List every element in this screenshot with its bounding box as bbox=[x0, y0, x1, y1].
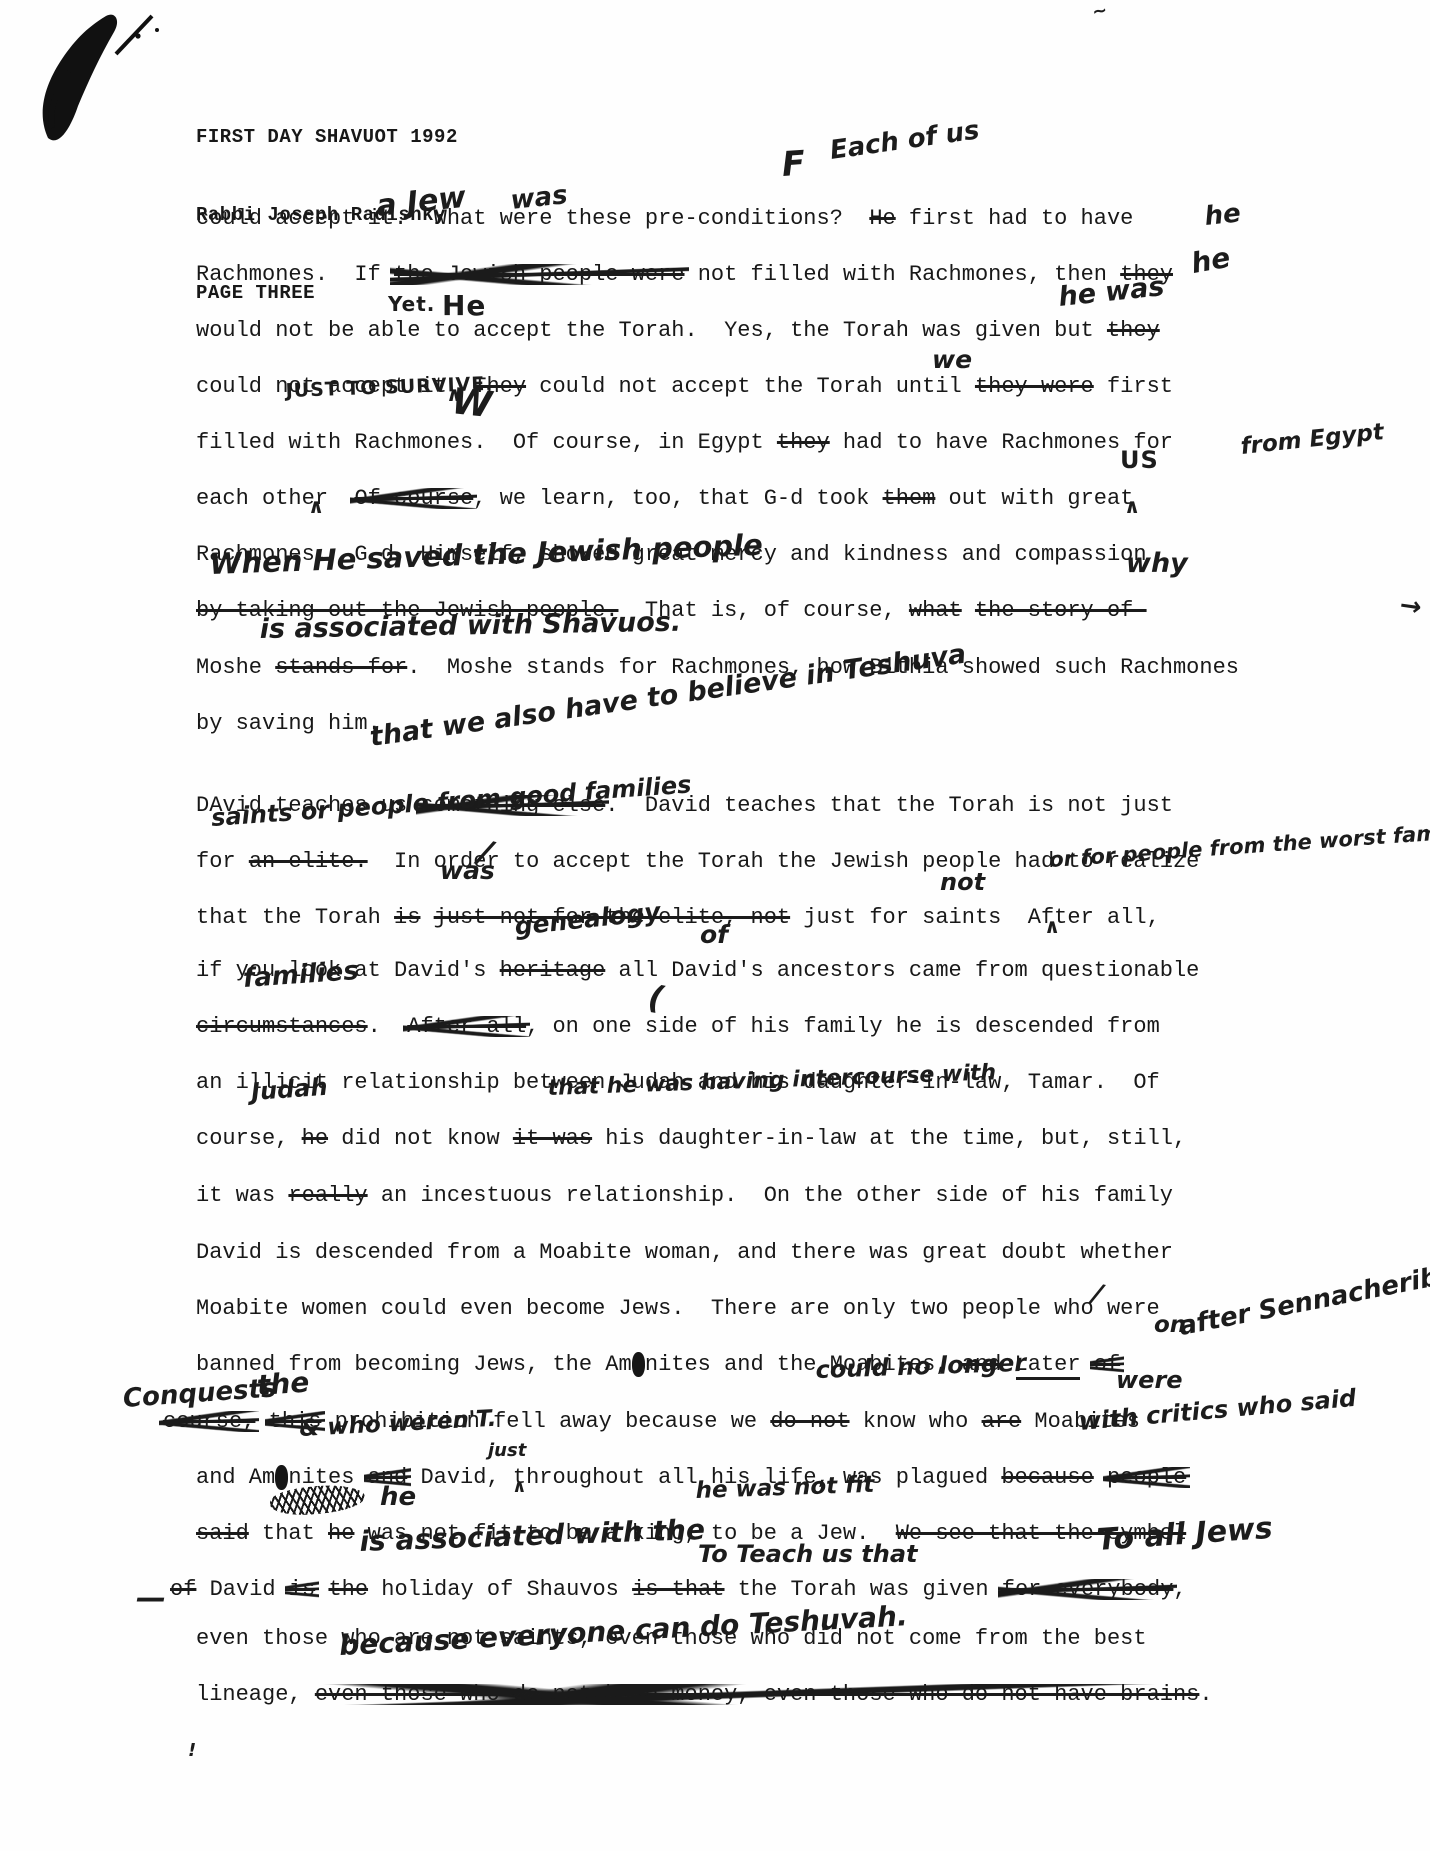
typed-segment: did not know bbox=[328, 1126, 513, 1151]
typed-segment: just for saints bbox=[790, 905, 1001, 930]
typed-segment: holiday of Shauvos bbox=[368, 1577, 632, 1602]
typed-edited-segment: even those who do not have money, even t… bbox=[315, 1682, 1200, 1707]
typed-edited-segment: do not bbox=[770, 1409, 849, 1434]
hw-not: not bbox=[940, 870, 985, 894]
typed-segment bbox=[962, 598, 975, 623]
hw-each-of-us: Each of us bbox=[828, 117, 981, 164]
hw-o-loop: ( bbox=[646, 980, 666, 1014]
typed-line: of David is the holiday of Shauvos is th… bbox=[170, 1577, 1187, 1603]
typed-edited-segment: is bbox=[394, 905, 420, 930]
typed-edited-segment: it was bbox=[513, 1126, 592, 1151]
hw-was-2: was bbox=[440, 858, 495, 883]
typed-line: could accept it. What were these pre-con… bbox=[196, 206, 1133, 232]
hw-caret-1: ∧ bbox=[446, 384, 463, 404]
typed-edited-segment: people bbox=[1107, 1465, 1186, 1490]
typed-segment: his daughter-in-law at the time, but, st… bbox=[592, 1126, 1186, 1151]
hw-caret-4: ∧ bbox=[1044, 916, 1061, 936]
typed-segment: Moshe bbox=[196, 655, 275, 680]
typed-edited-segment: circumstances bbox=[196, 1014, 368, 1039]
hw-conquests: Conquests bbox=[122, 1375, 277, 1412]
typed-segment: . bbox=[368, 1014, 408, 1039]
typed-edited-segment: what bbox=[909, 598, 962, 623]
typed-edited-segment: He bbox=[869, 206, 895, 231]
hw-capital-f: F bbox=[781, 146, 807, 182]
typed-segment: filled with Rachmones. Of course, in Egy… bbox=[196, 430, 777, 455]
hw-he-2: he bbox=[1189, 244, 1232, 278]
typed-edited-segment: them bbox=[883, 486, 936, 511]
typed-line: filled with Rachmones. Of course, in Egy… bbox=[196, 430, 1173, 456]
typed-segment: that the Torah bbox=[196, 905, 394, 930]
typed-line: by saving him. bbox=[196, 711, 381, 737]
typed-segment: by saving him. bbox=[196, 711, 381, 736]
typed-segment bbox=[420, 905, 433, 930]
hw-stray-mark: ! bbox=[188, 1742, 196, 1760]
typed-edited-segment: for everybody bbox=[1002, 1577, 1174, 1602]
typed-segment: could not accept the Torah until bbox=[526, 374, 975, 399]
typed-segment: the Torah was given bbox=[725, 1577, 1002, 1602]
typed-line: Moabite women could even become Jews. Th… bbox=[196, 1296, 1160, 1322]
typed-line: course, he did not know it was his daugh… bbox=[196, 1126, 1186, 1152]
hw-strike-arrow: → bbox=[1398, 592, 1423, 621]
hw-judah: Judah bbox=[250, 1075, 328, 1104]
hw-was: was bbox=[509, 182, 568, 214]
hw-just: just bbox=[488, 1442, 526, 1460]
hw-sennacherib: after Sennacherib's bbox=[1177, 1260, 1430, 1340]
typed-segment: all David's ancestors came from question… bbox=[605, 958, 1199, 983]
typed-segment: lineage, bbox=[196, 1682, 315, 1707]
typed-edited-segment: stands for bbox=[275, 655, 407, 680]
typed-edited-segment: o bbox=[632, 1352, 645, 1377]
typed-edited-segment: is bbox=[289, 1577, 315, 1602]
typed-edited-segment: of bbox=[170, 1577, 196, 1602]
hw-saints-good-families: saints or people from good families bbox=[210, 772, 692, 830]
typed-segment: and Am bbox=[196, 1465, 275, 1490]
typed-segment: out bbox=[935, 486, 988, 511]
typed-segment: it was bbox=[196, 1183, 288, 1208]
typed-edited-segment: the bbox=[328, 1577, 368, 1602]
typed-edited-segment: the story of bbox=[975, 598, 1147, 623]
typed-segment: Rachmones. If bbox=[196, 262, 394, 287]
hw-could-no-longer: could no longer bbox=[815, 1351, 1026, 1382]
typed-edited-segment: After all bbox=[407, 1014, 526, 1039]
hw-he-cap: He bbox=[442, 292, 486, 320]
typed-segment: David bbox=[196, 1577, 288, 1602]
typed-segment: not filled with Rachmones, then bbox=[685, 262, 1121, 287]
typed-segment: After all, bbox=[1001, 905, 1159, 930]
typed-segment: first had to have bbox=[896, 206, 1134, 231]
typed-edited-segment: course, bbox=[163, 1409, 255, 1434]
document-page: FIRST DAY SHAVUOT 1992 Rabbi Joseph Radi… bbox=[0, 0, 1430, 1851]
typed-segment bbox=[1081, 1352, 1094, 1377]
typed-line: lineage, even those who do not have mone… bbox=[196, 1682, 1213, 1708]
typed-edited-segment: are bbox=[982, 1409, 1022, 1434]
hw-were: were bbox=[1116, 1368, 1183, 1392]
hw-he-3: he bbox=[380, 1484, 416, 1510]
typed-edited-segment: they bbox=[1107, 318, 1160, 343]
typed-segment: Moabite women could even become Jews. Th… bbox=[196, 1296, 1160, 1321]
typed-segment: , we learn, too, that G-d took bbox=[473, 486, 882, 511]
typed-segment: David, bbox=[407, 1465, 499, 1490]
typed-segment: for bbox=[196, 849, 249, 874]
typed-segment: course, bbox=[196, 1126, 302, 1151]
typed-segment bbox=[315, 1577, 328, 1602]
hw-when-he-saved: When He saved the Jewish people bbox=[209, 531, 763, 579]
typed-line: it was really an incestuous relationship… bbox=[196, 1183, 1173, 1209]
hw-corner-squiggle: ∼ bbox=[1091, 2, 1109, 22]
typed-line: would not be able to accept the Torah. Y… bbox=[196, 318, 1160, 344]
typed-edited-segment: is that bbox=[632, 1577, 724, 1602]
hw-us: US bbox=[1120, 448, 1159, 472]
hw-we-egypt: we bbox=[932, 347, 972, 372]
typed-segment bbox=[255, 1409, 268, 1434]
typed-line: Rachmones. If the Jewish people were not… bbox=[196, 262, 1173, 288]
hw-caret-3: ∧ bbox=[1124, 496, 1141, 516]
typed-segment: first bbox=[1094, 374, 1173, 399]
hw-not-fit: he was not fit bbox=[695, 1474, 874, 1503]
typed-line: circumstances. After all, on one side of… bbox=[196, 1014, 1160, 1040]
typed-edited-segment: because bbox=[1001, 1465, 1093, 1490]
typed-segment: David is descended from a Moabite woman,… bbox=[196, 1240, 1173, 1265]
typed-line: each other Of course, we learn, too, tha… bbox=[196, 486, 1133, 512]
corner-ink-blot bbox=[18, 0, 168, 160]
hw-he-1: he bbox=[1203, 200, 1242, 230]
typed-edited-segment: really bbox=[288, 1183, 367, 1208]
typed-segment bbox=[1094, 1465, 1107, 1490]
hw-to-teach-us: To Teach us that bbox=[698, 1542, 918, 1566]
typed-segment: that bbox=[249, 1521, 328, 1546]
hw-of: of bbox=[700, 922, 728, 947]
typed-edited-segment: he bbox=[328, 1521, 354, 1546]
hw-why: why bbox=[1126, 550, 1188, 577]
typed-line: that the Torah is just not for the elite… bbox=[196, 905, 1160, 931]
typed-edited-segment: he bbox=[302, 1126, 328, 1151]
hw-yet: Yet. bbox=[388, 294, 435, 314]
typed-edited-segment: they were bbox=[975, 374, 1094, 399]
typed-segment: an incestuous relationship. On the other… bbox=[368, 1183, 1173, 1208]
typed-edited-segment: o bbox=[275, 1465, 288, 1490]
hw-assoc-shavuos: is associated with Shavuos. bbox=[260, 609, 682, 643]
hw-worst-families: or for people from the worst families— bbox=[1049, 818, 1430, 871]
hw-the: the bbox=[256, 1368, 310, 1400]
header-title: FIRST DAY SHAVUOT 1992 bbox=[196, 124, 458, 150]
typed-segment: with great bbox=[988, 486, 1133, 511]
typed-segment bbox=[328, 486, 354, 511]
typed-segment: , bbox=[1173, 1577, 1186, 1602]
typed-line: David is descended from a Moabite woman,… bbox=[196, 1240, 1173, 1266]
typed-segment: . bbox=[1199, 1682, 1212, 1707]
typed-edited-segment: Of course bbox=[354, 486, 473, 511]
hw-caret-5: ∧ bbox=[512, 1478, 528, 1496]
typed-edited-segment: said bbox=[196, 1521, 249, 1546]
typed-edited-segment: they bbox=[777, 430, 830, 455]
hw-caret-2: ∧ bbox=[308, 496, 325, 516]
typed-segment: , on one side of his family he is descen… bbox=[526, 1014, 1160, 1039]
hw-lead-dash: — bbox=[136, 1584, 166, 1614]
typed-edited-segment: heritage bbox=[500, 958, 606, 983]
typed-edited-segment: an elite. bbox=[249, 849, 368, 874]
typed-segment: know who bbox=[850, 1409, 982, 1434]
hw-from-egypt: from Egypt bbox=[1240, 421, 1385, 459]
typed-edited-segment: the Jewish people were bbox=[394, 262, 684, 287]
hw-families: families bbox=[242, 958, 359, 992]
typed-segment: would not be able to accept the Torah. Y… bbox=[196, 318, 1107, 343]
